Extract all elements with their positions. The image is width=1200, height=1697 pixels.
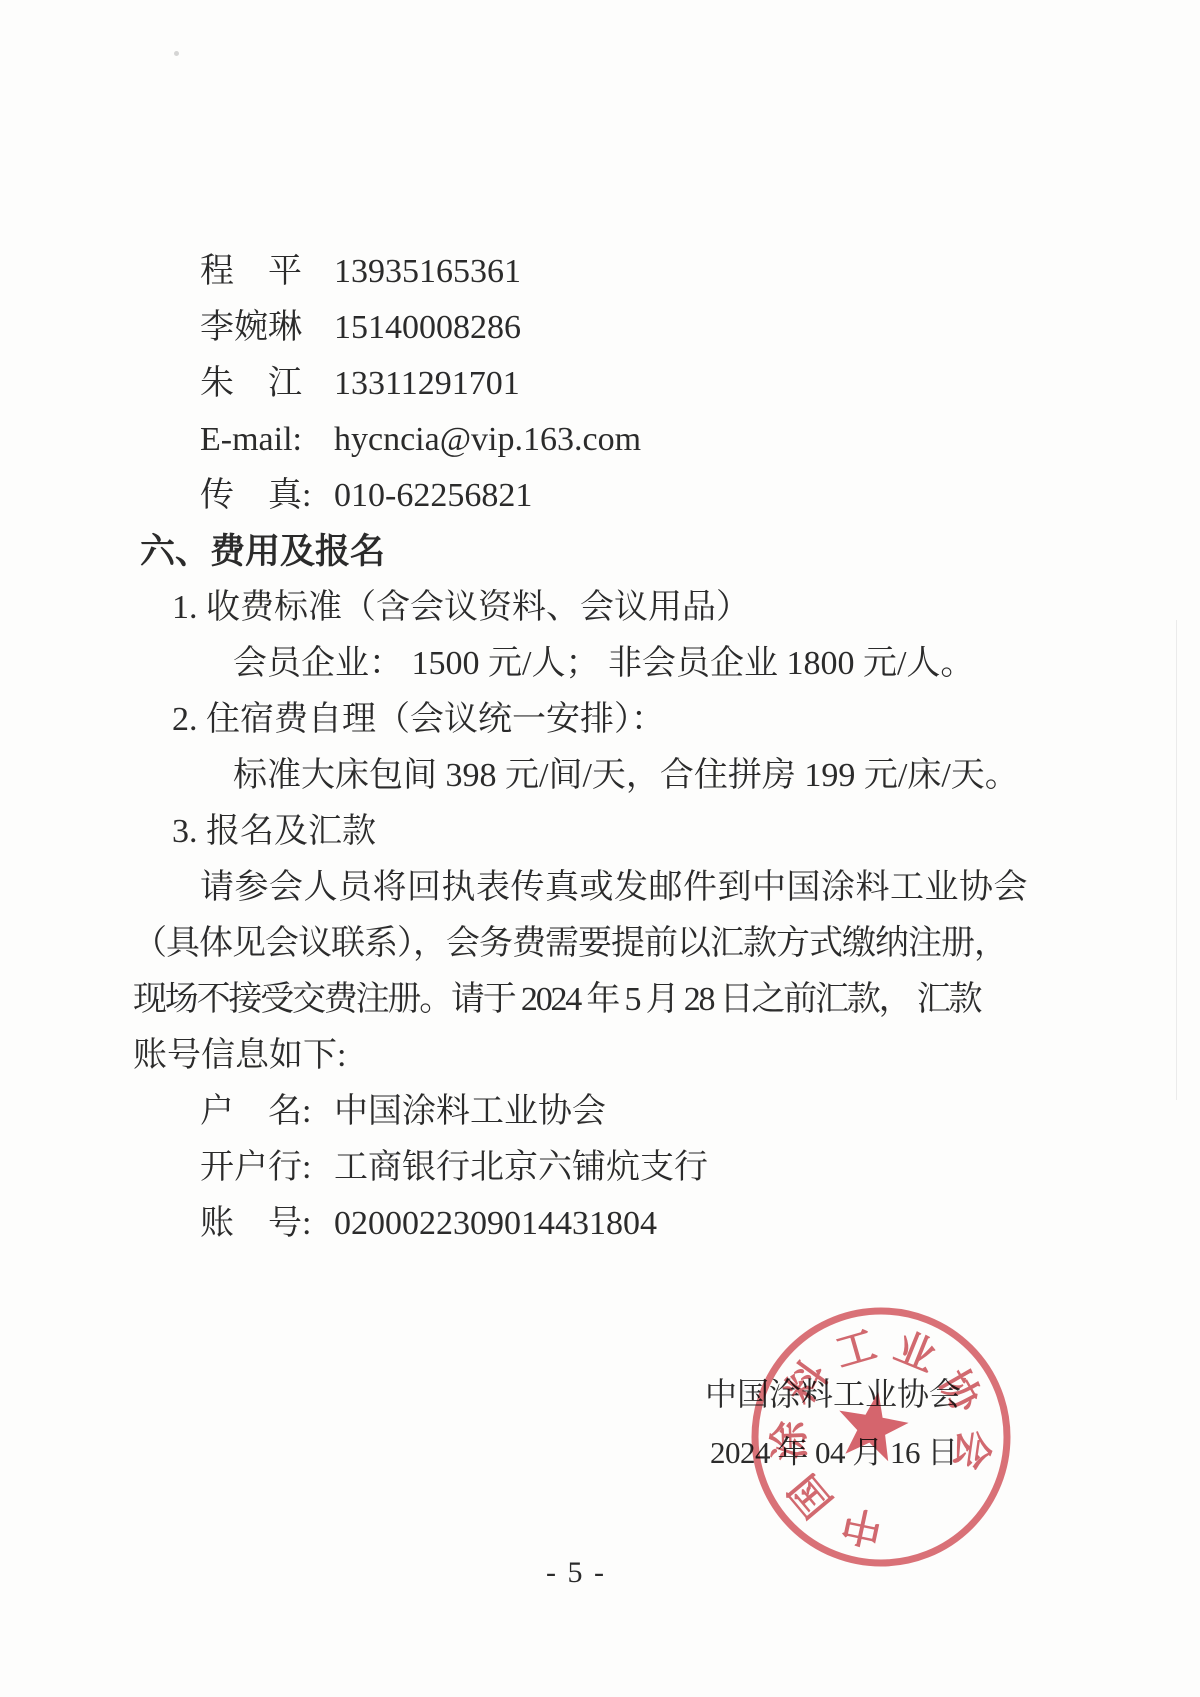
email-value: hycncia@vip.163.com (334, 421, 641, 458)
document-page: 程 平13935165361 李婉琳15140008286 朱 江1331129… (0, 0, 1200, 1697)
seal-char: 会 (947, 1427, 996, 1473)
section-heading: 六、费用及报名 (133, 524, 1033, 580)
account-label: 账 号: (200, 1196, 334, 1252)
account-value: 工商银行北京六铺炕支行 (334, 1149, 708, 1186)
contact-phone: 13935165361 (334, 253, 521, 290)
seal-char: 业 (888, 1325, 942, 1381)
contact-name: 程 平 (200, 244, 334, 300)
fax-value: 010-62256821 (334, 477, 532, 514)
fax-label: 传 真: (200, 468, 334, 524)
scan-speck (174, 51, 179, 56)
lodging-item-detail: 标准大床包间 398 元/间/天，合住拼房 199 元/床/天。 (133, 748, 1033, 804)
seal-char: 国 (782, 1466, 841, 1525)
registration-item-label: 3. 报名及汇款 (133, 804, 1033, 860)
contact-row: 朱 江13311291701 (133, 356, 1033, 412)
account-value: 0200022309014431804 (334, 1205, 657, 1242)
seal-star-icon (839, 1392, 908, 1462)
body-text-column: 程 平13935165361 李婉琳15140008286 朱 江1331129… (133, 244, 1033, 1252)
account-label: 开户行: (200, 1140, 334, 1196)
paragraph-line: （具体见会议联系），会务费需要提前以汇款方式缴纳注册， (133, 916, 1033, 972)
fax-row: 传 真:010-62256821 (133, 468, 1033, 524)
seal-char: 工 (831, 1323, 882, 1376)
seal-char: 协 (931, 1363, 990, 1421)
contact-row: 程 平13935165361 (133, 244, 1033, 300)
seal-char: 料 (778, 1354, 837, 1412)
official-seal: 中国涂料工业协会 (749, 1305, 1015, 1571)
scan-edge-artifact (1176, 620, 1177, 1100)
seal-char: 涂 (767, 1419, 812, 1461)
contact-phone: 13311291701 (334, 365, 520, 402)
account-value: 中国涂料工业协会 (334, 1093, 606, 1130)
seal-char: 中 (838, 1500, 886, 1551)
account-label: 户 名: (200, 1084, 334, 1140)
contact-phone: 15140008286 (334, 309, 521, 346)
lodging-item-label: 2. 住宿费自理（会议统一安排）： (133, 692, 1033, 748)
fee-item-label: 1. 收费标准（含会议资料、会议用品） (133, 580, 1033, 636)
account-row: 开户行:工商银行北京六铺炕支行 (133, 1140, 1033, 1196)
email-row: E-mail:hycncia@vip.163.com (133, 412, 1033, 468)
account-row: 户 名:中国涂料工业协会 (133, 1084, 1033, 1140)
email-label: E-mail: (200, 412, 334, 468)
paragraph-line: 请参会人员将回执表传真或发邮件到中国涂料工业协会 (133, 860, 1033, 916)
paragraph-line: 账号信息如下: (133, 1028, 1033, 1084)
page-number: - 5 - (0, 1556, 1176, 1590)
contact-row: 李婉琳15140008286 (133, 300, 1033, 356)
account-row: 账 号:0200022309014431804 (133, 1196, 1033, 1252)
contact-name: 朱 江 (200, 356, 334, 412)
paragraph-line: 现场不接受交费注册。请于 2024 年 5 月 28 日之前汇款， 汇款 (133, 972, 1033, 1028)
contact-name: 李婉琳 (200, 300, 334, 356)
fee-item-detail: 会员企业： 1500 元/人； 非会员企业 1800 元/人。 (133, 636, 1033, 692)
